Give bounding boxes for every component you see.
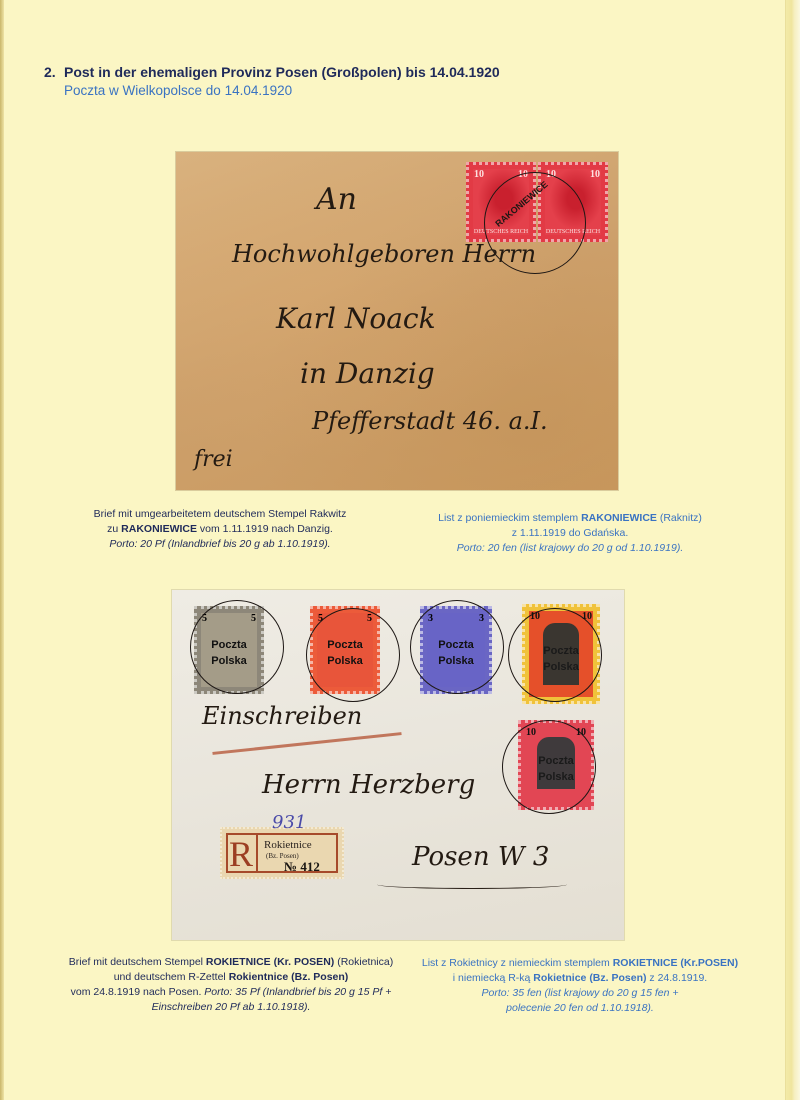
postmark-rokietnice [306, 608, 400, 702]
section-title-polish: Poczta w Wielkopolsce do 14.04.1920 [64, 83, 292, 98]
address-line: Pfefferstadt 46. a.I. [312, 407, 548, 435]
overprint-text: Polska [521, 771, 591, 783]
cover1-caption-german: Brief mit umgearbeitetem deutschem Stemp… [60, 507, 380, 552]
red-crayon-underline [212, 732, 401, 755]
cover-rokietnice: 5 5 Poczta Polska 5 5 Poczta Polska 3 3 … [172, 590, 624, 940]
cover1-caption-polish: List z poniemieckim stemplem RAKONIEWICE… [410, 511, 730, 556]
postmark-rokietnice [410, 600, 504, 694]
overprint-text: Polska [525, 661, 597, 673]
stamp-value: 10 [526, 727, 536, 738]
stamp-value: 10 [530, 611, 540, 622]
postmark-rokietnice [190, 600, 284, 694]
address-line: in Danzig [300, 357, 435, 390]
frei-note: frei [194, 447, 233, 472]
address-line: Posen W 3 [412, 842, 549, 872]
album-page-edge-right [785, 0, 800, 1100]
address-underline [377, 880, 567, 889]
stamp-value: 10 [474, 169, 484, 180]
registration-place: Rokietnice [264, 839, 312, 851]
album-page-edge-left [0, 0, 4, 1100]
address-line: An [316, 182, 357, 217]
cover2-caption-german: Brief mit deutschem Stempel ROKIETNICE (… [48, 955, 414, 1015]
overprint-text: Poczta [525, 645, 597, 657]
stamp-value: 10 [582, 611, 592, 622]
blue-pencil-note: 931 [272, 812, 306, 833]
stamp-value: 10 [590, 169, 600, 180]
section-title-german: Post in der ehemaligen Provinz Posen (Gr… [64, 64, 500, 80]
cover-rakoniewice: 10 10 DEUTSCHES REICH 10 10 DEUTSCHES RE… [176, 152, 618, 490]
registration-number: № 412 [284, 859, 320, 875]
stamp-value: 10 [576, 727, 586, 738]
registration-label: R Rokietnice (Bz. Posen) № 412 [220, 827, 344, 879]
address-line: Hochwohlgeboren Herrn [232, 240, 536, 268]
address-line: Einschreiben [202, 702, 362, 730]
section-number: 2. [44, 64, 56, 80]
address-line: Herrn Herzberg [262, 770, 475, 800]
address-line: Karl Noack [276, 302, 436, 335]
overprint-text: Poczta [521, 755, 591, 767]
cover2-caption-polish: List z Rokietnicy z niemieckim stemplem … [410, 956, 750, 1016]
registration-letter: R [226, 835, 256, 873]
